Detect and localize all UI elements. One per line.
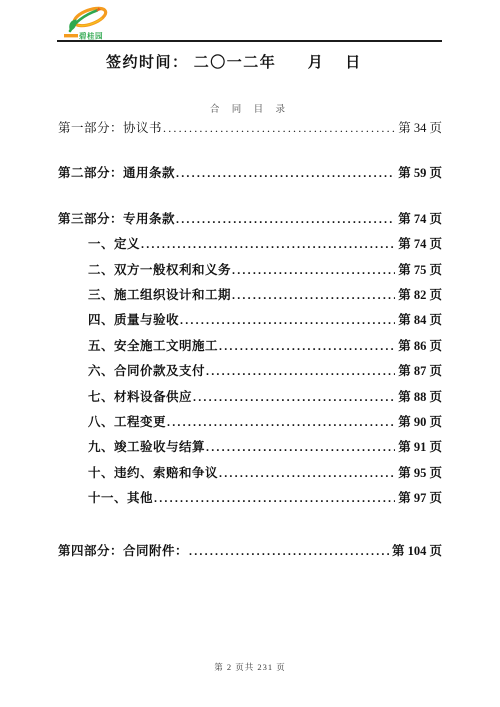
toc-entry-page: 第 82 页 bbox=[398, 283, 442, 308]
toc-entry-page: 第 90 页 bbox=[398, 410, 442, 435]
toc-entry-sub5: 五、安全施工文明施工 第 86 页 bbox=[58, 334, 442, 359]
dot-leader bbox=[189, 539, 389, 564]
toc-entry-sub6: 六、合同价款及支付 第 87 页 bbox=[58, 359, 442, 384]
toc-entry-part2: 第二部分：通用条款 第 59 页 bbox=[58, 161, 442, 186]
dot-leader bbox=[206, 359, 395, 384]
toc-entry-title: 四、质量与验收 bbox=[88, 308, 179, 333]
toc-entry-title: 十一、其他 bbox=[88, 486, 153, 511]
toc-entry-sub1: 一、定义 第 74 页 bbox=[58, 232, 442, 257]
dot-leader bbox=[163, 116, 395, 141]
toc-entry-page: 第 88 页 bbox=[398, 385, 442, 410]
toc-entry-sub4: 四、质量与验收 第 84 页 bbox=[58, 308, 442, 333]
table-of-contents: 第一部分：协议书 第 34 页 第二部分：通用条款 第 59 页 第三部分：专用… bbox=[58, 116, 442, 565]
toc-entry-page: 第 87 页 bbox=[398, 359, 442, 384]
toc-entry-sub3: 三、施工组织设计和工期 第 82 页 bbox=[58, 283, 442, 308]
dot-leader bbox=[219, 334, 395, 359]
dot-leader bbox=[232, 258, 395, 283]
toc-entry-page: 第 104 页 bbox=[392, 539, 442, 564]
toc-entry-sub8: 八、工程变更 第 90 页 bbox=[58, 410, 442, 435]
toc-entry-page: 第 95 页 bbox=[398, 461, 442, 486]
toc-entry-sub2: 二、双方一般权利和义务 第 75 页 bbox=[58, 258, 442, 283]
toc-entry-page: 第 91 页 bbox=[398, 435, 442, 460]
toc-entry-page: 第 75 页 bbox=[398, 258, 442, 283]
dot-leader bbox=[206, 435, 395, 460]
toc-entry-sub9: 九、竣工验收与结算 第 91 页 bbox=[58, 435, 442, 460]
page-number-footer: 第 2 页共 231 页 bbox=[0, 661, 500, 673]
toc-entry-page: 第 84 页 bbox=[398, 308, 442, 333]
toc-entry-sub10: 十、违约、索赔和争议 第 95 页 bbox=[58, 461, 442, 486]
toc-entry-title: 六、合同价款及支付 bbox=[88, 359, 205, 384]
toc-entry-title: 第四部分：合同附件： bbox=[58, 539, 188, 564]
toc-entry-part4: 第四部分：合同附件： 第 104 页 bbox=[58, 539, 442, 564]
toc-entry-page: 第 74 页 bbox=[398, 232, 442, 257]
dot-leader bbox=[154, 486, 395, 511]
dot-leader bbox=[219, 461, 395, 486]
company-logo: 碧桂园 bbox=[60, 4, 118, 41]
toc-entry-sub11: 十一、其他 第 97 页 bbox=[58, 486, 442, 511]
dot-leader bbox=[193, 385, 395, 410]
toc-heading: 合 同 目 录 bbox=[0, 101, 500, 115]
dot-leader bbox=[176, 161, 395, 186]
toc-entry-title: 一、定义 bbox=[88, 232, 140, 257]
toc-entry-title: 三、施工组织设计和工期 bbox=[88, 283, 231, 308]
dot-leader bbox=[141, 232, 395, 257]
toc-entry-page: 第 86 页 bbox=[398, 334, 442, 359]
toc-entry-title: 二、双方一般权利和义务 bbox=[88, 258, 231, 283]
toc-entry-title: 七、材料设备供应 bbox=[88, 385, 192, 410]
toc-entry-title: 第一部分：协议书 bbox=[58, 116, 162, 141]
header-divider bbox=[57, 40, 442, 42]
dot-leader bbox=[176, 207, 395, 232]
toc-entry-part1: 第一部分：协议书 第 34 页 bbox=[58, 116, 442, 141]
toc-entry-title: 八、工程变更 bbox=[88, 410, 166, 435]
dot-leader bbox=[167, 410, 395, 435]
toc-entry-title: 五、安全施工文明施工 bbox=[88, 334, 218, 359]
toc-entry-page: 第 34 页 bbox=[398, 116, 442, 141]
svg-text:碧桂园: 碧桂园 bbox=[79, 31, 103, 41]
toc-entry-sub7: 七、材料设备供应 第 88 页 bbox=[58, 385, 442, 410]
toc-entry-title: 十、违约、索赔和争议 bbox=[88, 461, 218, 486]
toc-entry-page: 第 74 页 bbox=[398, 207, 442, 232]
logo-swirl-icon: 碧桂园 bbox=[60, 4, 118, 41]
toc-entry-title: 第三部分：专用条款 bbox=[58, 207, 175, 232]
toc-entry-title: 九、竣工验收与结算 bbox=[88, 435, 205, 460]
toc-entry-page: 第 59 页 bbox=[398, 161, 442, 186]
sign-date-line: 签约时间： 二〇一二年 月 日 bbox=[106, 51, 362, 72]
document-page: 碧桂园 签约时间： 二〇一二年 月 日 合 同 目 录 第一部分：协议书 第 3… bbox=[0, 0, 500, 707]
toc-entry-page: 第 97 页 bbox=[398, 486, 442, 511]
dot-leader bbox=[180, 308, 395, 333]
toc-entry-part3: 第三部分：专用条款 第 74 页 bbox=[58, 207, 442, 232]
dot-leader bbox=[232, 283, 395, 308]
toc-entry-title: 第二部分：通用条款 bbox=[58, 161, 175, 186]
